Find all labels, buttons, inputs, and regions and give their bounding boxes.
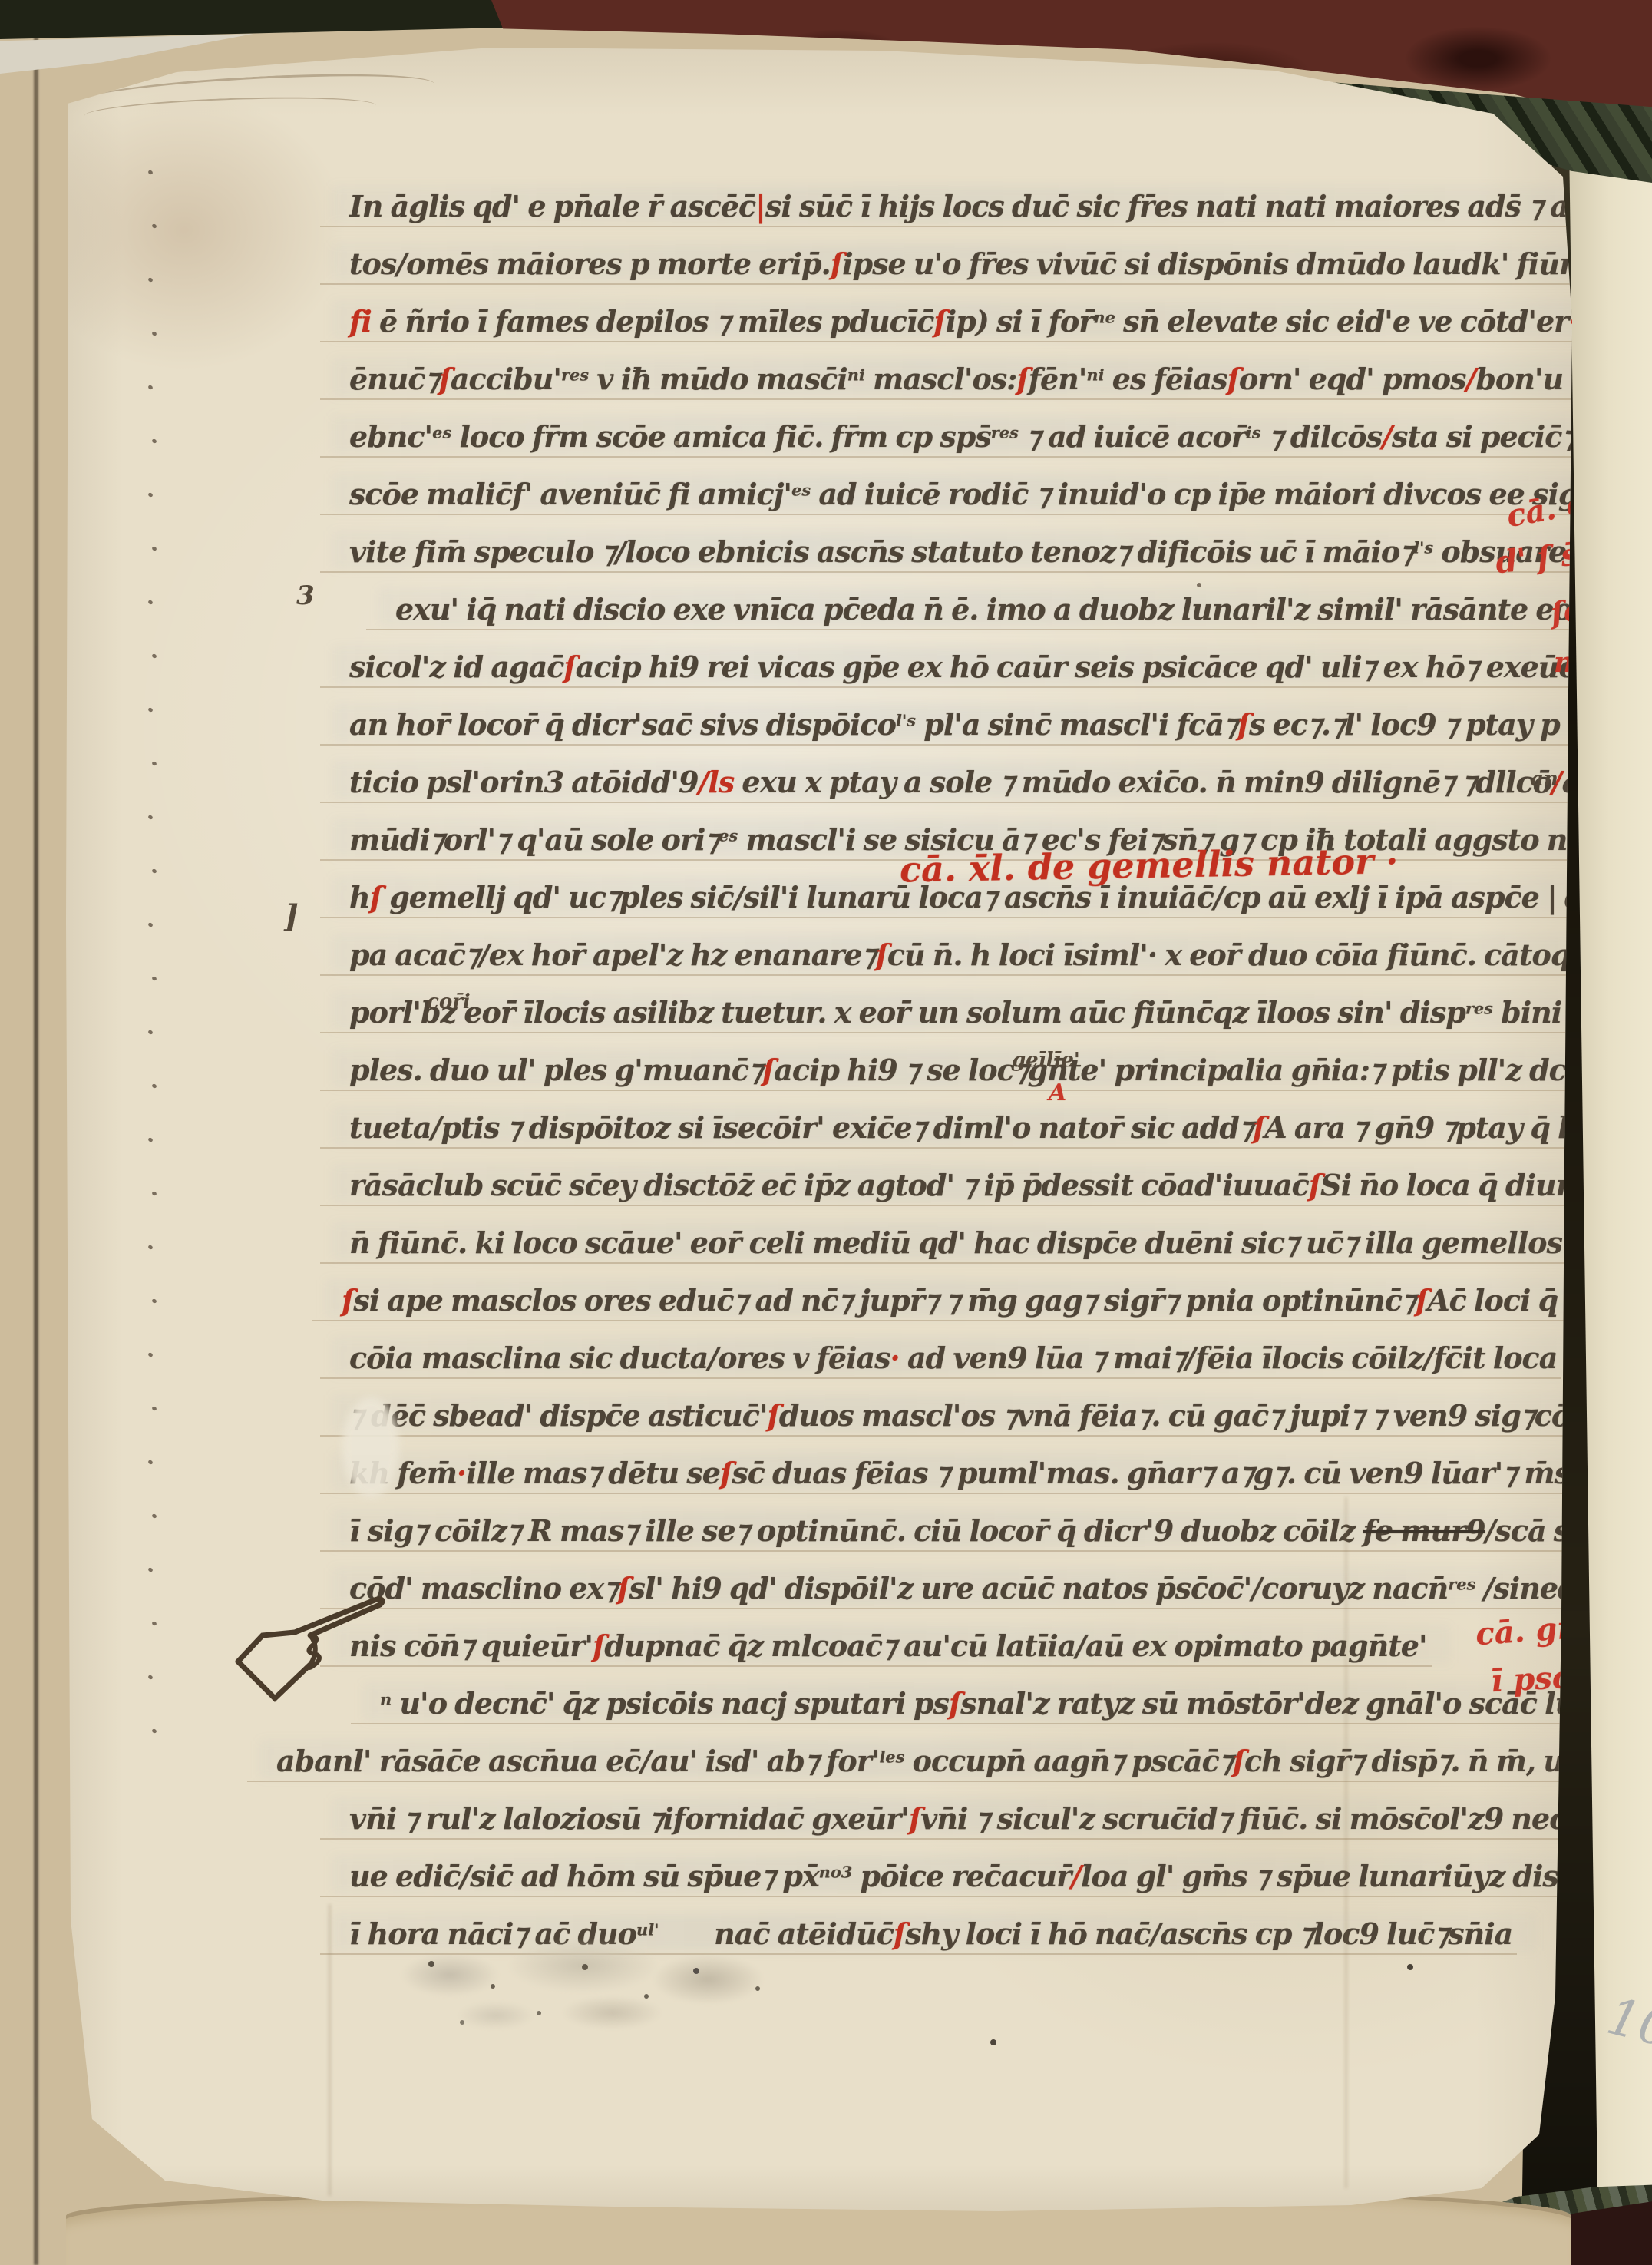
text-segment: ch sigr̄⁊ disp̄⁊. n̄ m̄, um [1244,1744,1594,1778]
damage-patch [399,1989,722,2042]
text-segment: ip) si ī for̄ [946,304,1094,339]
text-segment: mūdi⁊orl'⁊ q'aū sole ori⁊ [349,822,719,857]
text-segment: pōice rec̄acur̄ [852,1859,1071,1893]
text-line: pa acac̄⁊/ex hor̄ apel'z hz enanare⁊ſcū… [349,937,1652,972]
text-line: fi ē ñrio ī fames depilos ⁊ mīles pdu… [349,304,1652,339]
text-segment: sicol'z id agac̄ [349,650,563,684]
text-segment: vn̄i ⁊ sicul'z scruc̄id⁊ fiūc̄. si mōs… [920,1801,1566,1836]
rubrication-mark: | [755,189,765,223]
text-segment: loco fr̄m scōe amica fic̄. fr̄m cp sps̄ [451,419,991,454]
text-segment: ples. duo ul' ples g'muanc̄⁊ [349,1053,762,1087]
rubrication-mark: · [457,1456,466,1490]
text-line: tueta/ptis ⁊ dispōitoz si īsecōir' exi… [349,1110,1652,1145]
text-segment: shy loci ī hō nac̄/ascn̄s cp ⁊loc9 luc̄… [905,1916,1512,1951]
text-segment: h [349,880,370,914]
rubrication-mark: ſ [949,1686,960,1721]
text-segment: ⁊ dēc̄ sbead' dispc̄e asticuc̄' [349,1398,767,1433]
text-segment: tueta/ptis ⁊ dispōitoz si īsecōir' exi… [349,1110,1253,1145]
text-segment: sl' hi9 qd' dispōil'z ure acūc̄ natos … [629,1571,1448,1605]
rubrication-mark: / [1465,362,1475,396]
text-segment: ni [847,365,865,385]
text-segment: exu x ptay a sole ⁊ mūdo exic̄o. n̄ min… [734,765,1551,799]
text-line: ēnuc̄⁊ſaccibu'res v iħ mūdo masc̄ini m… [349,362,1652,396]
text-segment: es [432,423,451,442]
text-segment: ue edic̄/sic̄ ad hōm sū sp̄ue⁊ px̄ [349,1859,819,1893]
text-segment: scōe malic̄f' aveniūc̄ fi amicj' [349,477,791,511]
rubrication-mark: ſ [438,362,450,396]
book-cover-top [0,0,522,45]
text-segment: ebnc' [349,419,432,454]
text-line: scōe malic̄f' aveniūc̄ fi amicj'es ad … [349,477,1652,511]
text-segment: fēn' [1029,362,1087,396]
text-line: ticio psl'orin3 atōidd'9/ls exu x ptay … [349,765,1652,799]
text-line: ebnc'es loco fr̄m scōe amica fic̄. fr̄m… [349,419,1652,454]
text-line: In āglis qd' e pn̄ale r̄ ascēc̄|si sū… [349,189,1652,223]
text-segment: ī sig⁊ cōilz⁊ R mas⁊ ille se⁊ optinūnc… [349,1513,1363,1548]
text-line: n u'o decnc̄' q̄z psicōis nacj sputari … [380,1686,1652,1721]
margin-note-ink: ] [284,898,299,934]
text-segment: l's [1413,538,1433,557]
rubrication-mark: ſ [933,304,945,339]
rubrication-mark: ſ [831,246,842,281]
text-segment: an hor̄ locor̄ q̄ dicr'sac̄ sivs dispōi… [349,707,896,742]
text-line: ſsi ape masclos ores educ̄⁊ ad nc̄⁊ jupr… [342,1283,1652,1318]
text-segment: fe mur9 [1363,1513,1485,1548]
chapter-rubric: cā. x̄l. de gemellis nator · [900,840,1399,890]
text-segment: les [879,1748,904,1767]
text-segment: sn̄ elevate sic eid'e ve cōtd'er [1115,304,1568,339]
rubrication-mark: ſ [767,1398,778,1433]
text-segment: accibu' [451,362,561,396]
text-segment: cū n̄. h loci īsiml'· x eor̄ duo cōīa … [887,937,1652,972]
rubrication-mark: /ls [698,765,734,799]
text-segment: es fēias [1105,362,1227,396]
text-segment: occupn̄ aagn̄⁊ pscāc̄⁊ [904,1744,1232,1778]
text-line: cōd' masclino ex⁊ſsl' hi9 qd' dispōil'… [349,1571,1601,1605]
text-segment: duos mascl'os ⁊vnā fēia⁊. cū gac̄⁊ ju… [779,1398,1591,1433]
text-segment: loa gl' gm̄s ⁊ sp̄ue lunariūyz disc̄o [1081,1859,1594,1893]
text-segment: res [1465,999,1493,1018]
text-segment: dupnac̄ q̄z mlcoac̄⁊ au'cū latīia/aū e… [604,1628,1426,1663]
rubrication-mark: ſ [909,1801,920,1836]
text-line: ⁊ dēc̄ sbead' dispc̄e asticuc̄'ſduos ma… [349,1398,1591,1433]
text-line: ue edic̄/sic̄ ad hōm sū sp̄ue⁊ px̄no3 … [349,1859,1621,1893]
text-line: vn̄i ⁊ rul'z laloziosū ⁊ifornidac̄ gxeu… [349,1801,1566,1836]
text-segment: n̄ fiūnc̄. ki loco scāue' eor̄ celi me… [349,1225,1652,1260]
text-line: exu' iq̄ nati discio exe vnīca pc̄eda n… [395,592,1652,627]
text-segment: ad ven9 lūa ⁊ mai⁊/fēia īlocis cōilz/… [900,1341,1558,1375]
text-line: kh fem̄·ille mas⁊ dētu seſsc̄ duas fēi… [349,1456,1570,1490]
text-segment: is [1246,423,1261,442]
manicule-icon [224,1588,408,1711]
text-segment: si ape masclos ores educ̄⁊ ad nc̄⁊ jupr̄… [353,1283,1415,1318]
rubrication-mark: ſ [1237,707,1249,742]
text-segment: exu' iq̄ nati discio exe vnīca pc̄eda n… [395,592,1652,627]
manuscript-page: In āglis qd' e pn̄ale r̄ ascēc̄|si sū… [0,0,1652,2265]
text-line: cōia masclina sic ducta/ores v fēias· … [349,1341,1557,1375]
text-line: vite fim̄ speculo ⁊/loco ebnicis ascn̄s … [349,534,1580,569]
rubrication-mark: ſ [894,1916,905,1951]
text-line: rāsāclub scūc̄ sc̄ey disctōz̄ ec̄ ip… [349,1168,1652,1202]
text-segment: acip hi9 rei vicas gp̄e ex hō caūr sei… [576,650,1652,684]
text-segment: res [1448,1575,1475,1594]
text-segment: es [791,481,811,500]
rubrication-mark: ſ [1416,1283,1427,1318]
text-segment: res [561,365,589,385]
text-line: n̄ fiūnc̄. ki loco scāue' eor̄ celi me… [349,1225,1652,1260]
text-segment: u'o decnc̄' q̄z psicōis nacj sputari ps [392,1686,949,1721]
text-segment: ni [1086,365,1104,385]
parchment-crease [1345,1497,1347,2188]
text-segment: ticio psl'orin3 atōidd'9 [349,765,698,799]
text-segment: abanl' rāsāc̄e ascn̄ua ec̄/au' isd' ab… [276,1744,879,1778]
text-segment: ēnuc̄⁊ [349,362,438,396]
margin-note-red: A [1049,1080,1066,1106]
text-line: sicol'z id agac̄ſacip hi9 rei vicas gp̄e… [349,650,1652,684]
text-line: ī sig⁊ cōilz⁊ R mas⁊ ille se⁊ optinūnc… [349,1513,1650,1548]
text-segment: mascl'os: [865,362,1016,396]
rubrication-mark: ſ [617,1571,629,1605]
margin-note-ink: cor̄i [427,990,471,1013]
text-segment: sc̄ duas fēias ⁊ puml'mas. gn̄ar⁊ a⁊g⁊.… [732,1456,1570,1490]
rubrication-mark: ſ [762,1053,774,1087]
text-segment: porl'bz eor̄ īlocis asilibz tuetur. x eo… [349,995,1465,1030]
margin-note-ink: 3 [296,580,315,611]
rubrication-mark: ſ [875,937,887,972]
rubrication-mark: ſ [1227,362,1239,396]
rubrication-mark: fi [349,304,372,339]
text-segment: es [719,826,738,845]
rubrication-mark: ſ [1253,1110,1264,1145]
margin-note-ink: an [1531,768,1558,791]
text-segment: ne [1093,308,1115,327]
text-segment: ⁊ ad iuicē acor̄ [1019,419,1246,454]
text-line: abanl' rāsāc̄e ascn̄ua ec̄/au' isd' ab… [276,1744,1594,1778]
text-segment: acip hi9 ⁊ se loc⁊gn̄te' principalia gn̄… [774,1053,1652,1087]
manuscript-photo: In āglis qd' e pn̄ale r̄ ascēc̄|si sū… [0,0,1652,2265]
text-line: porl'bz eor̄ īlocis asilibz tuetur. x eo… [349,995,1608,1030]
text-segment: ⁊ dilcōs [1260,419,1382,454]
text-segment: v iħ mūdo masc̄i [589,362,847,396]
text-segment: ē ñrio ī fames depilos ⁊ mīles pducī… [372,304,934,339]
abrasion-spot [342,1397,399,1497]
text-segment: no3 [819,1863,853,1882]
text-segment: l's [896,711,916,730]
text-segment: si sūc̄ ī hijs locs duc̄ sic fr̄es nati… [765,189,1652,223]
binding-crease [34,0,38,2265]
text-segment: orn' eqd' pmos [1239,362,1466,396]
text-segment: ipse u'o fr̄es vivūc̄ si dispōnis dmū… [842,246,1644,281]
rubrication-mark: ſ [593,1628,604,1663]
rubrication-mark: ſ [342,1283,353,1318]
rubrication-mark: ſ [1233,1744,1244,1778]
text-line: nis cōn̄⁊ quieūr'ſdupnac̄ q̄z mlcoac̄⁊… [349,1628,1427,1663]
parchment-crease [329,1904,331,2196]
rubrication-mark: / [1382,419,1392,454]
text-segment: res [991,423,1019,442]
margin-note-ink: geīlīe' [1012,1049,1080,1072]
rubrication-mark: ſ [563,650,575,684]
text-segment: tos/omēs māiores p morte erip̄. [349,246,831,281]
text-segment: pl'a sinc̄ mascl'i fcā⁊ [916,707,1237,742]
text-segment: rāsāclub scūc̄ sc̄ey disctōz̄ ec̄ ip… [349,1168,1309,1202]
text-line: tos/omēs māiores p morte erip̄.ſipse u… [349,246,1652,281]
rubrication-mark: / [1071,1859,1081,1893]
rubrication-mark: ſ [720,1456,732,1490]
text-segment: cōia masclina sic ducta/ores v fēias [349,1341,890,1375]
rubrication-mark: · [890,1341,900,1375]
text-block: In āglis qd' e pn̄ale r̄ ascēc̄|si sū… [0,0,1652,2265]
rubrication-mark: ſ [1016,362,1028,396]
text-segment: vn̄i ⁊ rul'z laloziosū ⁊ifornidac̄ gxeu… [349,1801,909,1836]
rubrication-mark: ſ [1309,1168,1320,1202]
text-line: an hor̄ locor̄ q̄ dicr'sac̄ sivs dispōi… [349,707,1652,742]
text-segment: In āglis qd' e pn̄ale r̄ ascēc̄ [349,189,755,223]
text-segment: vite fim̄ speculo ⁊/loco ebnicis ascn̄s … [349,534,1413,569]
rubrication-mark: ſ [370,880,382,914]
text-line: ples. duo ul' ples g'muanc̄⁊ſacip hi9 ⁊ … [349,1053,1652,1087]
text-segment: ille mas⁊ dētu se [466,1456,720,1490]
text-segment: pa acac̄⁊/ex hor̄ apel'z hz enanare⁊ [349,937,875,972]
